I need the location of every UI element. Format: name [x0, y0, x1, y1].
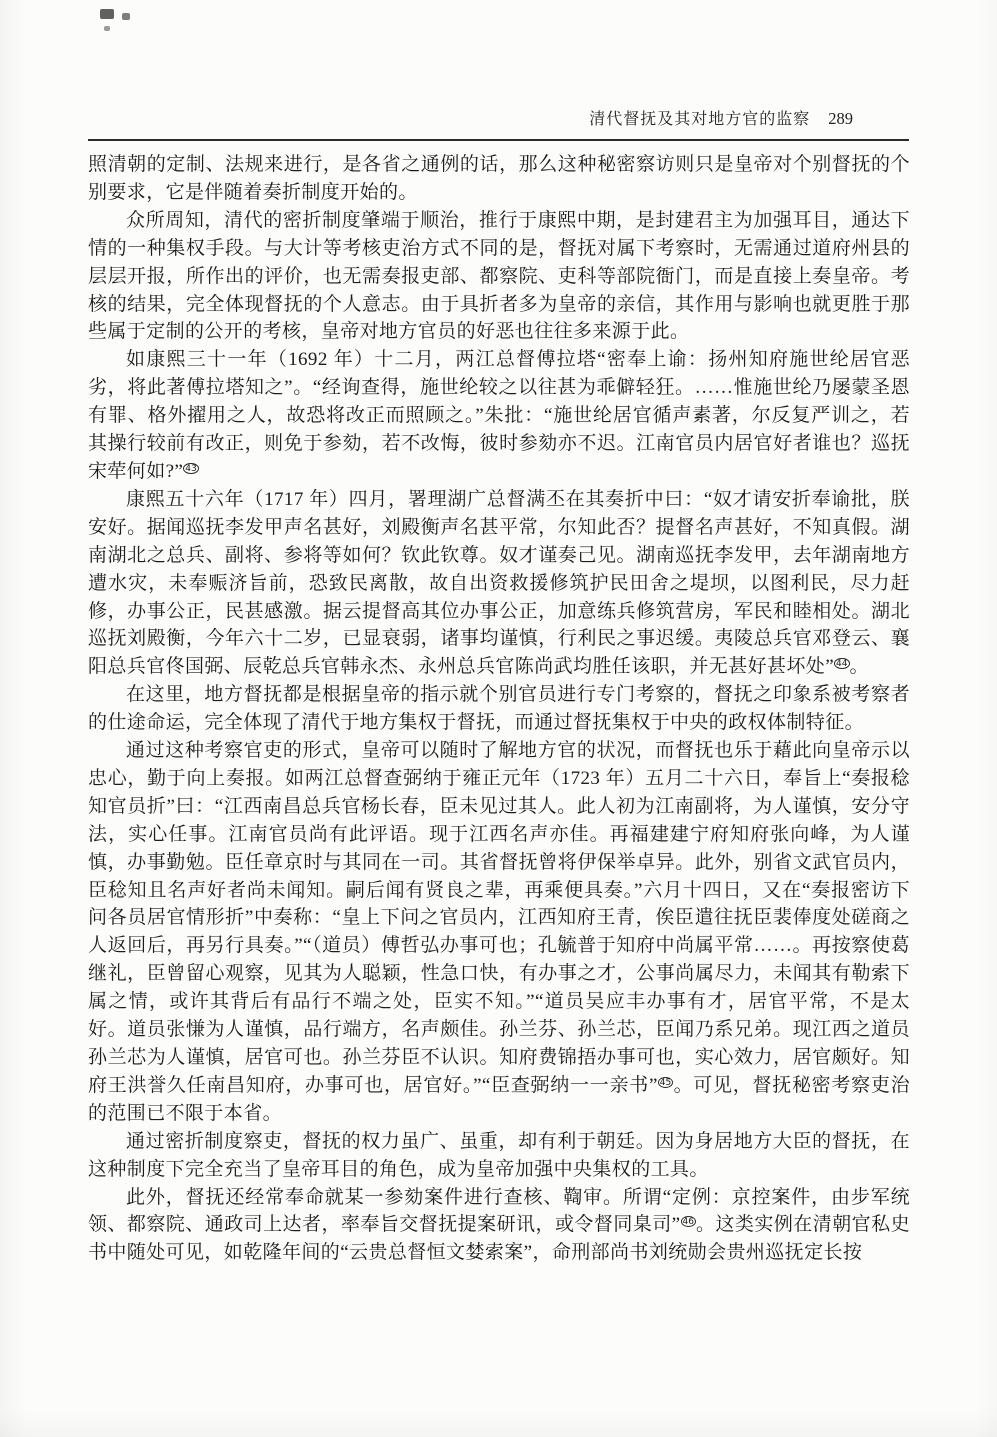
paragraph: 照清朝的定制、法规来进行，是各省之通例的话，那么这种秘密察访则只是皇帝对个别督抚… [88, 151, 910, 207]
header-rule [88, 139, 909, 141]
scanned-book-page: 清代督抚及其对地方官的监察289 照清朝的定制、法规来进行，是各省之通例的话，那… [0, 0, 997, 1437]
footnote-marker: 46 [681, 1216, 696, 1227]
running-title: 清代督抚及其对地方官的监察 [589, 111, 810, 128]
paragraph: 此外，督抚还经常奉命就某一参劾案件进行查核、鞫审。所谓“定例：京控案件，由步军统… [88, 1184, 910, 1268]
running-header: 清代督抚及其对地方官的监察289 [88, 106, 908, 129]
scan-artifact [100, 9, 114, 19]
paragraph: 如康熙三十一年（1692 年）十二月，两江总督傅拉塔“密奉上谕：扬州知府施世纶居… [88, 346, 910, 486]
paragraph: 通过密折制度察吏，督抚的权力虽广、虽重，却有利于朝廷。因为身居地方大臣的督抚，在… [88, 1128, 910, 1184]
paragraph: 在这里，地方督抚都是根据皇帝的指示就个别官员进行专门考察的，督抚之印象系被考察者… [88, 681, 910, 737]
page-number: 289 [828, 109, 853, 128]
paragraph: 众所周知，清代的密折制度肇端于顺治，推行于康熙中期，是封建君主为加强耳目，通达下… [88, 207, 910, 347]
scan-artifact [122, 13, 130, 20]
scan-artifact [104, 26, 110, 31]
body-paragraphs: 照清朝的定制、法规来进行，是各省之通例的话，那么这种秘密察访则只是皇帝对个别督抚… [88, 151, 910, 1267]
footnote-marker: 45 [658, 1077, 673, 1088]
paragraph: 康熙五十六年（1717 年）四月，署理湖广总督满丕在其奏折中曰：“奴才请安折奉谕… [88, 486, 910, 681]
paragraph: 通过这种考察官吏的形式，皇帝可以随时了解地方官的状况，而督抚也乐于藉此向皇帝示以… [88, 737, 910, 1128]
footnote-marker: 43 [183, 463, 198, 474]
footnote-marker: 44 [834, 658, 849, 669]
